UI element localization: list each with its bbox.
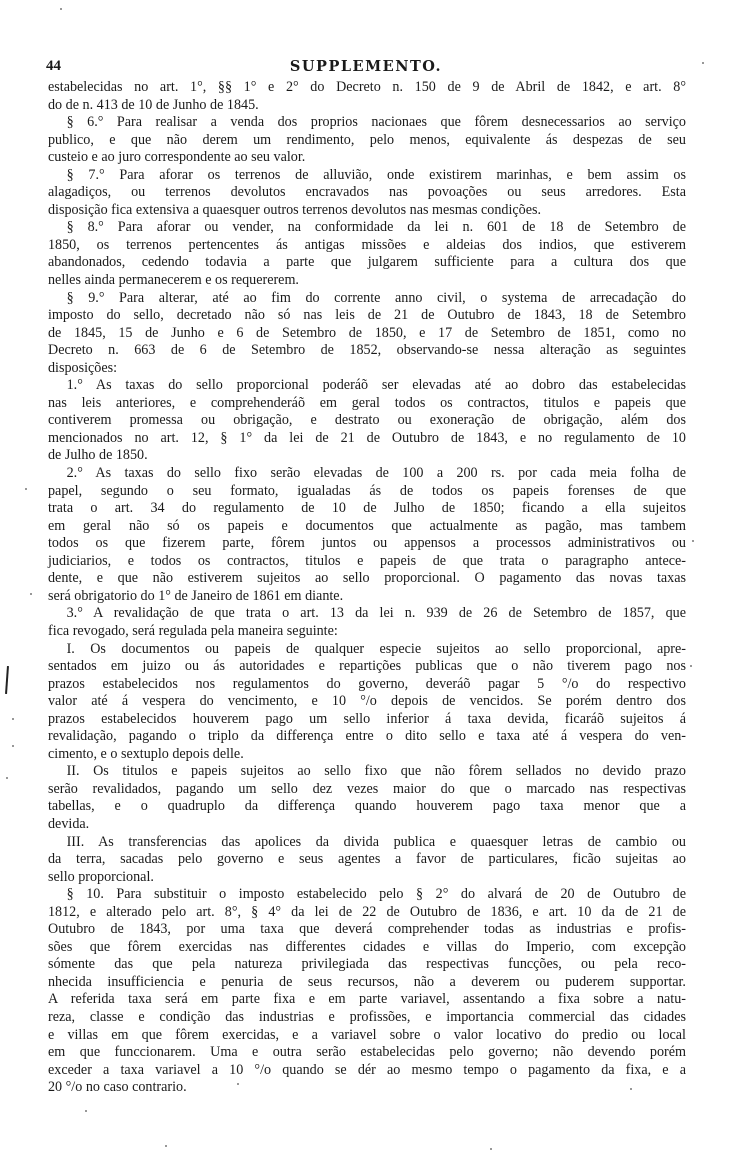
text-line: de Julho de 1850. [48, 446, 686, 464]
text-line: estabelecidas no art. 1°, §§ 1° e 2° do … [48, 78, 686, 96]
scan-speck [165, 1145, 167, 1147]
text-line: serão revalidados, pagando um sello dez … [48, 780, 686, 798]
text-line: sómente das que pela natureza privilegia… [48, 955, 686, 973]
text-line: 20 °/o no caso contrario. [48, 1078, 686, 1096]
scan-speck [12, 745, 14, 747]
text-line: revalidação, pagando o triplo da differe… [48, 727, 686, 745]
document-body: estabelecidas no art. 1°, §§ 1° e 2° do … [48, 78, 686, 1096]
text-line: A referida taxa será em parte fixa e em … [48, 990, 686, 1008]
text-line: alagadiços, ou terrenos devolutos encrav… [48, 183, 686, 201]
text-line: de 1845, 15 de Junho e 6 de Setembro de … [48, 324, 686, 342]
text-line: 2.° As taxas do sello fixo serão elevada… [48, 464, 686, 482]
text-line: 1812, e alterado pelo art. 8°, § 4° da l… [48, 903, 686, 921]
text-line: exceder a taxa variavel a 10 °/o quando … [48, 1061, 686, 1079]
text-line: papel, segundo o seu formato, igualadas … [48, 482, 686, 500]
text-line: cimento, e o sextuplo depois delle. [48, 745, 686, 763]
text-line: e villas em que fôrem exercidas, e a var… [48, 1026, 686, 1044]
scanned-page: 44 SUPPLEMENTO. estabelecidas no art. 1°… [0, 0, 736, 1162]
page-header: 44 SUPPLEMENTO. [46, 58, 686, 78]
text-line: disposições: [48, 359, 686, 377]
text-line: § 10. Para substituir o imposto estabele… [48, 885, 686, 903]
scan-speck [60, 8, 62, 10]
text-line: publico, e que não derem um rendimento, … [48, 131, 686, 149]
text-line: será obrigatorio do 1° de Janeiro de 186… [48, 587, 686, 605]
text-line: § 8.° Para aforar ou vender, na conformi… [48, 218, 686, 236]
text-line: devida. [48, 815, 686, 833]
scan-speck [12, 718, 14, 720]
text-line: todos os que fizerem parte, fôrem juntos… [48, 534, 686, 552]
text-line: imposto do sello, decretado não só nas l… [48, 306, 686, 324]
text-line: dente, e que não estiverem sujeitos ao s… [48, 569, 686, 587]
text-line: abandonados, cedendo todavia a parte que… [48, 253, 686, 271]
scan-speck [6, 777, 8, 779]
text-line: reza, classe e condição das industrias e… [48, 1008, 686, 1026]
text-line: III. As transferencias das apolices da d… [48, 833, 686, 851]
text-line: sello proporcional. [48, 868, 686, 886]
text-line: disposição fica extensiva a quaesquer ou… [48, 201, 686, 219]
text-line: mencionados no art. 12, § 1° da lei de 2… [48, 429, 686, 447]
text-line: nhecida insufficiencia e penuria de seus… [48, 973, 686, 991]
text-line: Decreto n. 663 de 6 de Setembro de 1852,… [48, 341, 686, 359]
text-line: sentados em juizo ou ás autoridades e re… [48, 657, 686, 675]
scan-speck [690, 665, 692, 667]
text-line: sões que fôrem exercidas nas differentes… [48, 938, 686, 956]
text-line: 3.° A revalidação de que trata o art. 13… [48, 604, 686, 622]
text-line: prazos estabelecidos houverem pago um se… [48, 710, 686, 728]
text-line: em geral não só os papeis e documentos q… [48, 517, 686, 535]
text-line: § 9.° Para alterar, até ao fim do corren… [48, 289, 686, 307]
text-line: tabellas, e o quadruplo da differença qu… [48, 797, 686, 815]
text-line: em que funccionarem. Uma e outra serão e… [48, 1043, 686, 1061]
text-line: prazos estabelecidos nos regulamentos do… [48, 675, 686, 693]
running-head: SUPPLEMENTO. [46, 58, 686, 75]
scan-speck [702, 62, 704, 64]
scan-speck [85, 1110, 87, 1112]
scan-speck [692, 540, 694, 542]
scan-speck [630, 1088, 632, 1090]
scan-speck [30, 593, 32, 595]
scan-speck [237, 1083, 239, 1085]
scan-speck [490, 1148, 492, 1150]
text-line: 1.° As taxas do sello proporcional poder… [48, 376, 686, 394]
text-line: I. Os documentos ou papeis de qualquer e… [48, 640, 686, 658]
scan-speck [25, 488, 27, 490]
text-line: da terra, sacadas pelo governo e seus ag… [48, 850, 686, 868]
text-line: judiciarios, e todos os contractos, titu… [48, 552, 686, 570]
text-line: II. Os titulos e papeis sujeitos ao sell… [48, 762, 686, 780]
text-line: do de n. 413 de 10 de Junho de 1845. [48, 96, 686, 114]
text-line: 1850, os terrenos pertencentes ás antiga… [48, 236, 686, 254]
text-line: valor até á vespera do vencimento, e 10 … [48, 692, 686, 710]
text-line: nelles ainda permanecerem e os requerere… [48, 271, 686, 289]
margin-pen-mark [5, 666, 9, 694]
text-line: trata o art. 34 do regulamento de 10 de … [48, 499, 686, 517]
text-line: custeio e ao juro correspondente ao seu … [48, 148, 686, 166]
text-line: § 7.° Para aforar os terrenos de alluviã… [48, 166, 686, 184]
text-line: nas leis anteriores, e comprehenderáõ em… [48, 394, 686, 412]
text-line: § 6.° Para realisar a venda dos proprios… [48, 113, 686, 131]
text-line: fica revogado, será regulada pela maneir… [48, 622, 686, 640]
text-line: contiverem promessa ou obrigação, e dest… [48, 411, 686, 429]
text-line: Outubro de 1843, por uma taxa que deverá… [48, 920, 686, 938]
